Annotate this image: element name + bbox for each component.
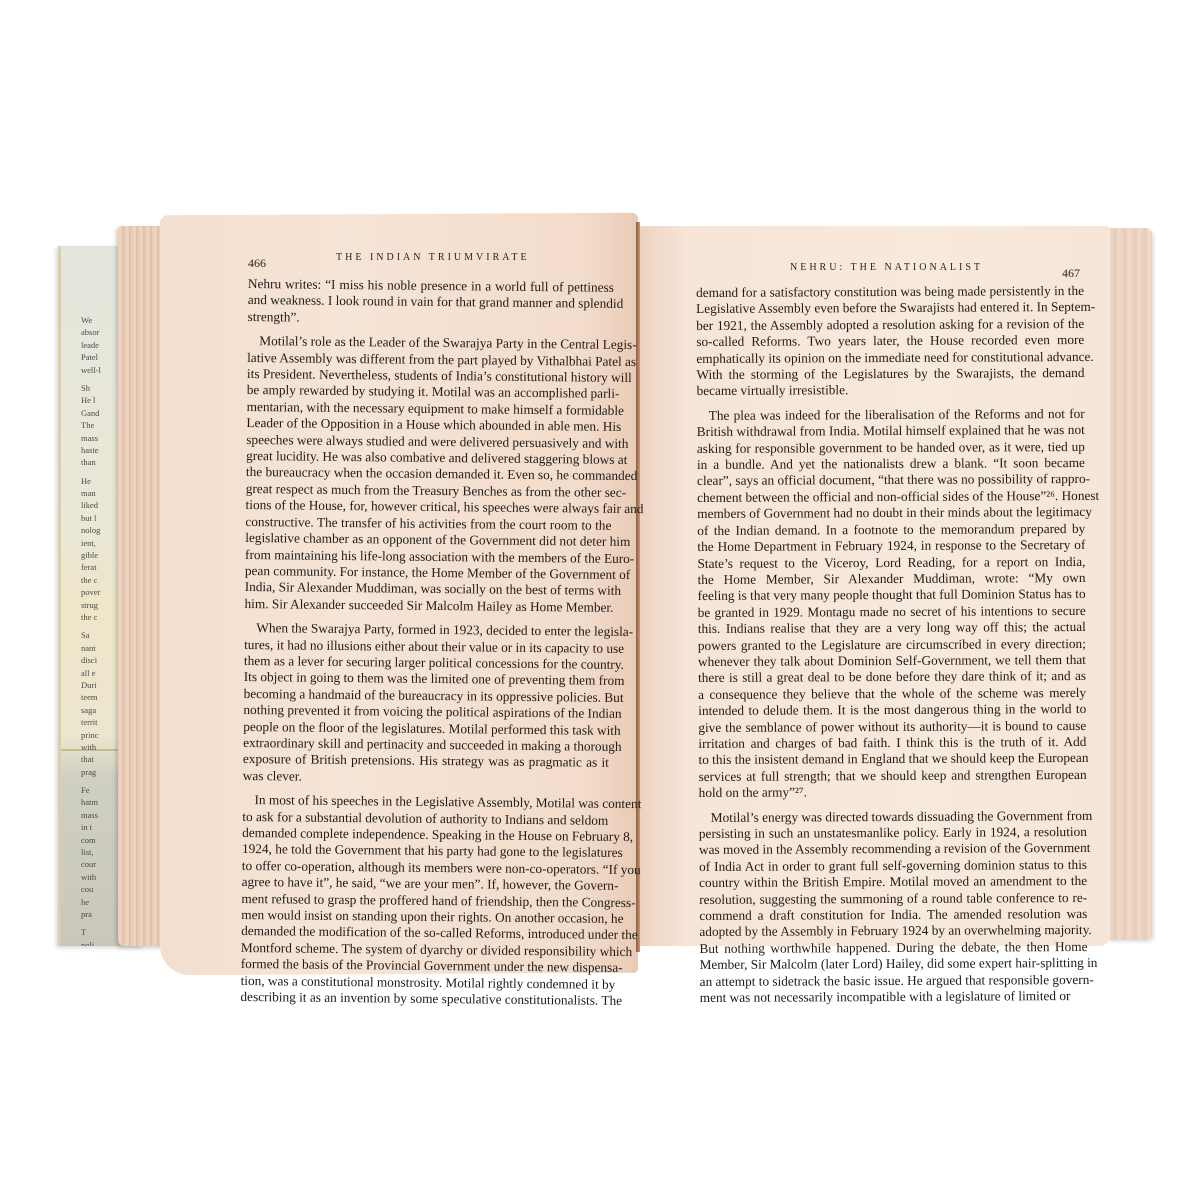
text-line: services at full strength; that we shoul… bbox=[699, 767, 1087, 785]
text-line: Legislative Assembly even before the Swa… bbox=[696, 299, 1084, 317]
text-line: commend a draft constitution for India. … bbox=[699, 906, 1087, 924]
text-line: British withdrawal from India. Motilal h… bbox=[697, 422, 1085, 440]
text-line: irritation and charges of bad faith. I t… bbox=[698, 734, 1086, 752]
text-line: asking for responsible government to be … bbox=[697, 439, 1085, 457]
text-line: was moved in the Assembly recommending a… bbox=[699, 840, 1087, 858]
text-line: of India Act in order to grant full self… bbox=[699, 857, 1087, 875]
text-line: country within the British Empire. Motil… bbox=[699, 873, 1087, 891]
text-line: chement between the official and non-off… bbox=[697, 488, 1085, 506]
text-line: emphatically its opinion on the immediat… bbox=[696, 349, 1084, 367]
right-page-number: 467 bbox=[1062, 266, 1080, 281]
text-line: in a bundle. And yet the nationalists dr… bbox=[697, 455, 1085, 473]
book-gutter bbox=[636, 222, 640, 952]
right-running-head: NEHRU: THE NATIONALIST bbox=[790, 262, 983, 273]
text-line: an attempt to sidetrack the basic issue.… bbox=[700, 972, 1088, 990]
paragraph: In most of his speeches in the Legislati… bbox=[240, 792, 608, 1009]
text-line: But nothing worthwhile happened. During … bbox=[699, 939, 1087, 957]
text-line: The plea was indeed for the liberalisati… bbox=[697, 406, 1085, 424]
text-line: hold on the army”²⁷. bbox=[699, 783, 1087, 801]
text-line: to this the insistent demand in England … bbox=[698, 750, 1086, 768]
text-line: describing it as an invention by some sp… bbox=[240, 989, 606, 1009]
text-line: him. Sir Alexander succeeded Sir Malcolm… bbox=[244, 596, 610, 616]
paragraph: Motilal’s role as the Leader of the Swar… bbox=[244, 333, 613, 616]
paragraph: Motilal’s energy was directed towards di… bbox=[699, 808, 1088, 1007]
text-line: State’s request to the Viceroy, Lord Rea… bbox=[697, 553, 1085, 571]
text-line: adopted by the Assembly in February 1924… bbox=[699, 922, 1087, 940]
text-line: ment was not necessarily incompatible wi… bbox=[700, 988, 1088, 1006]
text-line: persisting in such an unstatesmanlike po… bbox=[699, 824, 1087, 842]
text-line: there is still a great deal to be done b… bbox=[698, 668, 1086, 686]
text-line: ber 1921, the Assembly adopted a resolut… bbox=[696, 316, 1084, 334]
text-line: Member, Sir Malcolm (later Lord) Hailey,… bbox=[700, 955, 1088, 973]
right-page-body: demand for a satisfactory constitution w… bbox=[696, 283, 1088, 1014]
text-line: give the semblance of power without its … bbox=[698, 718, 1086, 736]
text-line: resolution, suggesting the summoning of … bbox=[699, 890, 1087, 908]
text-line: members of Government had no doubt in th… bbox=[697, 504, 1085, 522]
text-line: intended to delude them. It is the most … bbox=[698, 701, 1086, 719]
text-line: this. Indians realise that they are a ve… bbox=[698, 619, 1086, 637]
left-page-body: Nehru writes: “I miss his noble presence… bbox=[240, 276, 614, 1017]
text-line: became virtually irresistible. bbox=[697, 381, 1085, 399]
text-line: be granted in 1929. Montagu made no secr… bbox=[698, 603, 1086, 621]
paragraph: The plea was indeed for the liberalisati… bbox=[697, 406, 1087, 802]
text-line: a consequence they believe that the whol… bbox=[698, 685, 1086, 703]
text-line: demand for a satisfactory constitution w… bbox=[696, 283, 1084, 301]
text-line: the Home Member, Sir Alexander Muddiman,… bbox=[698, 570, 1086, 588]
text-line: With the storming of the Legislatures by… bbox=[696, 365, 1084, 383]
right-page-block-edges bbox=[1108, 228, 1152, 940]
text-line: so-called Reforms. Two years later, the … bbox=[696, 332, 1084, 350]
paragraph: When the Swarajya Party, formed in 1923,… bbox=[243, 620, 611, 788]
text-line: Motilal’s energy was directed towards di… bbox=[699, 808, 1087, 826]
paragraph: demand for a satisfactory constitution w… bbox=[696, 283, 1085, 400]
text-line: whenever they talk about Dominion Self-G… bbox=[698, 652, 1086, 670]
paragraph: Nehru writes: “I miss his noble presence… bbox=[247, 276, 613, 329]
text-line: of the Indian demand. In a footnote to t… bbox=[697, 521, 1085, 539]
left-running-head: THE INDIAN TRIUMVIRATE bbox=[336, 252, 530, 263]
text-line: powers granted to the Legislature are ci… bbox=[698, 635, 1086, 653]
left-page-number: 466 bbox=[248, 256, 266, 271]
text-line: the Home Department in February 1924, in… bbox=[697, 537, 1085, 555]
text-line: feeling is that very many people thought… bbox=[698, 586, 1086, 604]
text-line: clear”, says an official document, “that… bbox=[697, 471, 1085, 489]
